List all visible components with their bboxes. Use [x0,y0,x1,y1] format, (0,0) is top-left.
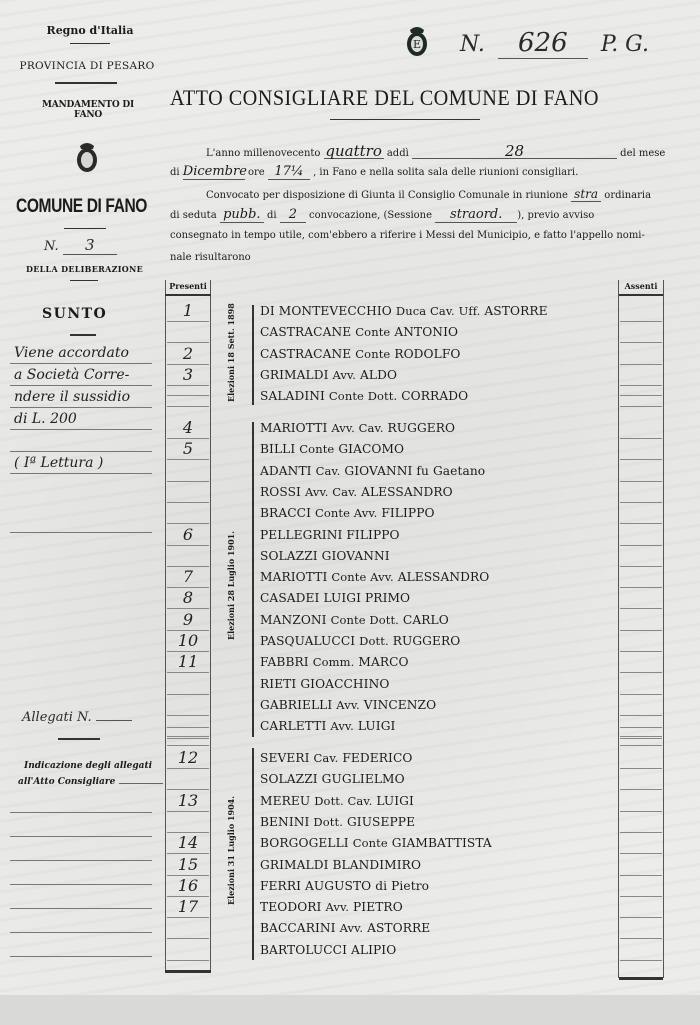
member-surname: BENINI [260,815,309,829]
absent-cell-line [620,672,662,673]
member-row: CASADEI LUIGI PRIMO [260,591,410,605]
preamble-line-4: di seduta pubb. di 2 convocazione, (Sess… [170,208,594,223]
absent-cell-line [620,960,662,961]
member-row: DI MONTEVECCHIO Duca Cav. Uff. ASTORRE [260,304,548,318]
absent-cell-line [620,694,662,695]
member-surname: ADANTI [260,464,312,478]
sunto-line: di L. 200 [14,411,77,427]
protocol-value: 626 [498,28,588,59]
absent-cell-line [620,587,662,588]
absent-cell-line [620,651,662,652]
member-title: Conte [355,347,390,361]
present-cell-line [167,502,209,503]
allegati-description: Indicazione degli allegati all'Atto Cons… [18,758,163,790]
present-number: 10 [166,631,210,650]
absent-cell-line [620,917,662,918]
member-surname: MEREU [260,794,310,808]
year-field: quattro [324,144,384,159]
member-surname: MARIOTTI [260,570,327,584]
svg-text:E: E [413,38,421,51]
cell-line [167,727,209,728]
divider [58,738,100,740]
present-number: 12 [166,748,210,767]
member-row: ADANTI Cav. GIOVANNI fu Gaetano [260,464,485,478]
sunto-rule [10,451,152,452]
member-surname: CASTRACANE [260,325,351,339]
cell-line [167,395,209,396]
absent-cell-line [620,938,662,939]
absent-cell-line [620,566,662,567]
member-title: Avv. [336,698,360,712]
sunto-line: Viene accordato [14,345,129,361]
member-given-name: VINCENZO [364,698,436,712]
member-given-name: ALESSANDRO [398,570,490,584]
present-header: Presenti [165,281,211,291]
riunione-type-field: stra [571,187,601,202]
member-given-name: RUGGERO [387,421,455,435]
present-number: 16 [166,876,210,895]
cell-line [620,727,662,728]
present-number: 1 [166,301,210,320]
member-title: Conte Avv. [315,506,377,520]
allegati-rule [10,884,152,885]
page-title: ATTO CONSIGLIARE DEL COMUNE DI FANO [170,85,599,111]
protocol-suffix: P. G. [601,32,649,57]
cell-line [167,406,209,407]
divider [70,280,98,281]
title-ornament [330,119,480,120]
member-title: Dott. Cav. [314,794,372,808]
member-given-name: GIAMBATTISTA [392,836,492,850]
absent-header: Assenti [618,281,664,291]
member-surname: BORGOGELLI [260,836,349,850]
delibera-label: DELLA DELIBERAZIONE [26,264,143,274]
member-given-name: ASTORRE [367,921,430,935]
sunto-rule [10,363,152,364]
present-cell-line [167,694,209,695]
member-title: Cav. [316,464,341,478]
member-surname: BACCARINI [260,921,336,935]
column-end-rule [619,977,663,980]
member-surname: TEODORI [260,900,321,914]
member-row: TEODORI Avv. PIETRO [260,900,403,914]
absent-cell-line [620,459,662,460]
member-surname: GABRIELLI [260,698,332,712]
present-number: 15 [166,855,210,874]
member-given-name: FILIPPO [346,528,399,542]
present-number: 14 [166,833,210,852]
member-title: Avv. Cav. [305,485,357,499]
present-cell-line [167,459,209,460]
month-field: Dicembre [183,165,245,180]
member-surname: MANZONI [260,613,327,627]
present-number: 13 [166,791,210,810]
absent-cell-line [620,875,662,876]
absent-cell-line [620,385,662,386]
mandamento-label: MANDAMENTO DI FANO [28,100,148,120]
absent-cell-line [620,481,662,482]
allegati-rule [10,908,152,909]
present-cell-line [167,768,209,769]
member-given-name: ANTONIO [394,325,458,339]
sunto-rule [10,473,152,474]
member-title: Avv. [330,719,354,733]
present-number: 17 [166,897,210,916]
ornament-divider [55,82,117,84]
absent-cell-line [620,768,662,769]
member-surname: ROSSI [260,485,301,499]
present-cell-line [167,938,209,939]
member-surname: PELLEGRINI [260,528,342,542]
ornament-divider [70,334,96,336]
member-row: ROSSI Avv. Cav. ALESSANDRO [260,485,453,499]
group-label: Elezioni 18 Sett. 1898 [226,303,236,402]
member-row: CASTRACANE Conte RODOLFO [260,347,461,361]
member-row: FABBRI Comm. MARCO [260,655,409,669]
absent-cell-line [620,502,662,503]
member-row: MEREU Dott. Cav. LUIGI [260,794,414,808]
member-row: BRACCI Conte Avv. FILIPPO [260,506,435,520]
allegati-rule [10,860,152,861]
preamble-line-1: L'anno millenovecento quattro addì 28 de… [206,144,665,159]
scan-margin [0,995,700,1025]
present-cell-line [167,545,209,546]
absent-cell-line [620,321,662,322]
document-page: Regno d'Italia PROVINCIA DI PESARO MANDA… [0,0,700,995]
member-title: Conte Dott. [329,389,397,403]
present-number: 7 [166,567,210,586]
member-surname: MARIOTTI [260,421,327,435]
member-title: Conte [355,325,390,339]
present-number: 8 [166,588,210,607]
member-row: GABRIELLI Avv. VINCENZO [260,698,436,712]
member-row: PASQUALUCCI Dott. RUGGERO [260,634,460,648]
absent-cell-line [620,853,662,854]
member-row: BORGOGELLI Conte GIAMBATTISTA [260,836,492,850]
protocol-prefix: N. [460,32,485,57]
present-number: 2 [166,344,210,363]
present-cell-line [167,917,209,918]
member-row: SALADINI Conte Dott. CORRADO [260,389,468,403]
member-surname: CARLETTI [260,719,326,733]
day-field: 28 [412,144,617,159]
member-row: MARIOTTI Conte Avv. ALESSANDRO [260,570,489,584]
allegati-rule [10,812,152,813]
allegati-rule [10,836,152,837]
member-surname: SALADINI [260,389,325,403]
member-title: Avv. [332,368,356,382]
absent-cell-line [620,364,662,365]
absent-cell-line [620,715,662,716]
member-given-name: LUIGI [376,794,414,808]
cell-line [167,745,209,746]
member-row: BACCARINI Avv. ASTORRE [260,921,430,935]
present-cell-line [167,672,209,673]
member-title: Conte [353,836,388,850]
member-given-name: GIOVANNI fu Gaetano [344,464,485,478]
header-underline [619,294,663,296]
cell-line [620,406,662,407]
member-title: Cav. [314,751,339,765]
member-surname: GRIMALDI [260,368,329,382]
member-given-name: ASTORRE [484,304,547,318]
member-surname: BILLI [260,442,295,456]
member-given-name: RUGGERO [393,634,461,648]
member-surname: DI MONTEVECCHIO [260,304,392,318]
member-given-name: FEDERICO [342,751,412,765]
member-row: PELLEGRINI FILIPPO [260,528,400,542]
member-row: BENINI Dott. GIUSEPPE [260,815,415,829]
group-label: Elezioni 28 Luglio 1901. [226,531,236,640]
preamble-line-5: consegnato in tempo utile, com'ebbero a … [170,230,645,241]
sessione-field: straord. [435,208,517,223]
column-end-rule [165,970,211,973]
cell-line [620,745,662,746]
member-given-name: MARCO [358,655,408,669]
member-row: RIETI GIOACCHINO [260,677,389,691]
member-title: Avv. Cav. [331,421,383,435]
member-surname: FABBRI [260,655,309,669]
member-given-name: LUIGI PRIMO [323,591,410,605]
member-row: SOLAZZI GUGLIELMO [260,772,405,786]
member-surname: SOLAZZI [260,549,318,563]
member-given-name: RODOLFO [394,347,460,361]
member-row: SEVERI Cav. FEDERICO [260,751,413,765]
member-given-name: GIOVANNI [322,549,390,563]
absent-cell-line [620,789,662,790]
member-surname: FERRI [260,879,301,893]
sunto-rule [10,385,152,386]
coat-of-arms-icon [74,140,100,174]
preamble-line-3: Convocato per disposizione di Giunta il … [206,187,651,202]
present-number: 6 [166,525,210,544]
member-given-name: GIUSEPPE [347,815,415,829]
cell-line [167,738,209,739]
member-row: GRIMALDI BLANDIMIRO [260,858,421,872]
member-surname: RIETI [260,677,296,691]
present-cell-line [167,321,209,322]
cell-line [620,738,662,739]
coat-of-arms-icon: E [404,24,430,58]
present-cell-line [167,811,209,812]
member-row: CASTRACANE Conte ANTONIO [260,325,458,339]
present-cell-line [167,715,209,716]
present-cell-line [167,385,209,386]
sunto-rule [10,407,152,408]
member-given-name: ALDO [360,368,397,382]
seduta-field: pubb. [220,208,264,223]
allegati-label: Allegati N. [22,710,132,725]
sunto-line: a Società Corre- [14,367,129,383]
group-brace [252,305,254,405]
allegati-rule [10,956,152,957]
member-title: Conte Dott. [331,613,399,627]
member-given-name: GIACOMO [338,442,404,456]
absent-cell-line [620,608,662,609]
divider [64,228,106,229]
member-row: CARLETTI Avv. LUIGI [260,719,395,733]
absent-cell-line [620,523,662,524]
member-given-name: CORRADO [401,389,468,403]
member-surname: BRACCI [260,506,311,520]
present-number: 9 [166,610,210,629]
absent-cell-line [620,438,662,439]
member-surname: SOLAZZI [260,772,318,786]
member-row: SOLAZZI GIOVANNI [260,549,390,563]
member-title: Duca Cav. Uff. [396,304,481,318]
member-title: Avv. [325,900,349,914]
member-surname: BARTOLUCCI [260,943,347,957]
present-cell-line [167,960,209,961]
member-row: MANZONI Conte Dott. CARLO [260,613,449,627]
member-surname: PASQUALUCCI [260,634,355,648]
member-given-name: LUIGI [358,719,396,733]
header-underline [165,294,211,296]
member-surname: GRIMALDI [260,858,329,872]
sunto-rule [10,429,152,430]
member-surname: CASTRACANE [260,347,351,361]
member-row: BILLI Conte GIACOMO [260,442,404,456]
regno-label: Regno d'Italia [40,24,140,37]
member-row: BARTOLUCCI ALIPIO [260,943,396,957]
present-number: 5 [166,439,210,458]
convocazione-field: 2 [280,208,306,223]
absent-cell-line [620,342,662,343]
member-given-name: BLANDIMIRO [332,858,421,872]
member-title: Conte [299,442,334,456]
group-brace [252,422,254,737]
member-title: Conte Avv. [331,570,393,584]
comune-label: COMUNE DI FANO [16,196,147,218]
member-surname: CASADEI [260,591,319,605]
present-number: 11 [166,652,210,671]
member-given-name: PIETRO [353,900,403,914]
member-surname: SEVERI [260,751,310,765]
allegati-rule [10,932,152,933]
present-cell-line [167,481,209,482]
divider [70,43,110,44]
group-brace [252,748,254,960]
member-given-name: ALIPIO [351,943,396,957]
member-title: Avv. [340,921,364,935]
sunto-line: ndere il sussidio [14,389,130,405]
member-given-name: CARLO [403,613,449,627]
delibera-number-value: 3 [63,236,117,255]
member-title: Comm. [313,655,355,669]
hour-field: 17¼ [268,165,310,180]
member-row: MARIOTTI Avv. Cav. RUGGERO [260,421,455,435]
member-given-name: AUGUSTO di Pietro [305,879,429,893]
preamble-line-6: nale risultarono [170,252,251,263]
sunto-label: SUNTO [42,306,107,322]
member-given-name: GUGLIELMO [322,772,405,786]
present-number: 3 [166,365,210,384]
member-row: FERRI AUGUSTO di Pietro [260,879,429,893]
delibera-number: N. 3 [44,236,117,255]
provincia-label: PROVINCIA DI PESARO [12,60,162,72]
absent-cell-line [620,832,662,833]
member-given-name: ALESSANDRO [361,485,453,499]
preamble-line-2: di Dicembre ore 17¼ , in Fano e nella so… [170,165,578,180]
member-title: Dott. [313,815,343,829]
member-given-name: GIOACCHINO [300,677,389,691]
group-label: Elezioni 31 Luglio 1904. [226,796,236,905]
absent-cell-line [620,896,662,897]
cell-line [620,395,662,396]
member-given-name: FILIPPO [381,506,434,520]
absent-cell-line [620,811,662,812]
absent-cell-line [620,630,662,631]
present-number: 4 [166,418,210,437]
member-row: GRIMALDI Avv. ALDO [260,368,397,382]
protocol-number: N. 626 P. G. [460,28,649,59]
sunto-line: ( Iª Lettura ) [14,455,103,471]
member-title: Dott. [359,634,389,648]
absent-cell-line [620,545,662,546]
